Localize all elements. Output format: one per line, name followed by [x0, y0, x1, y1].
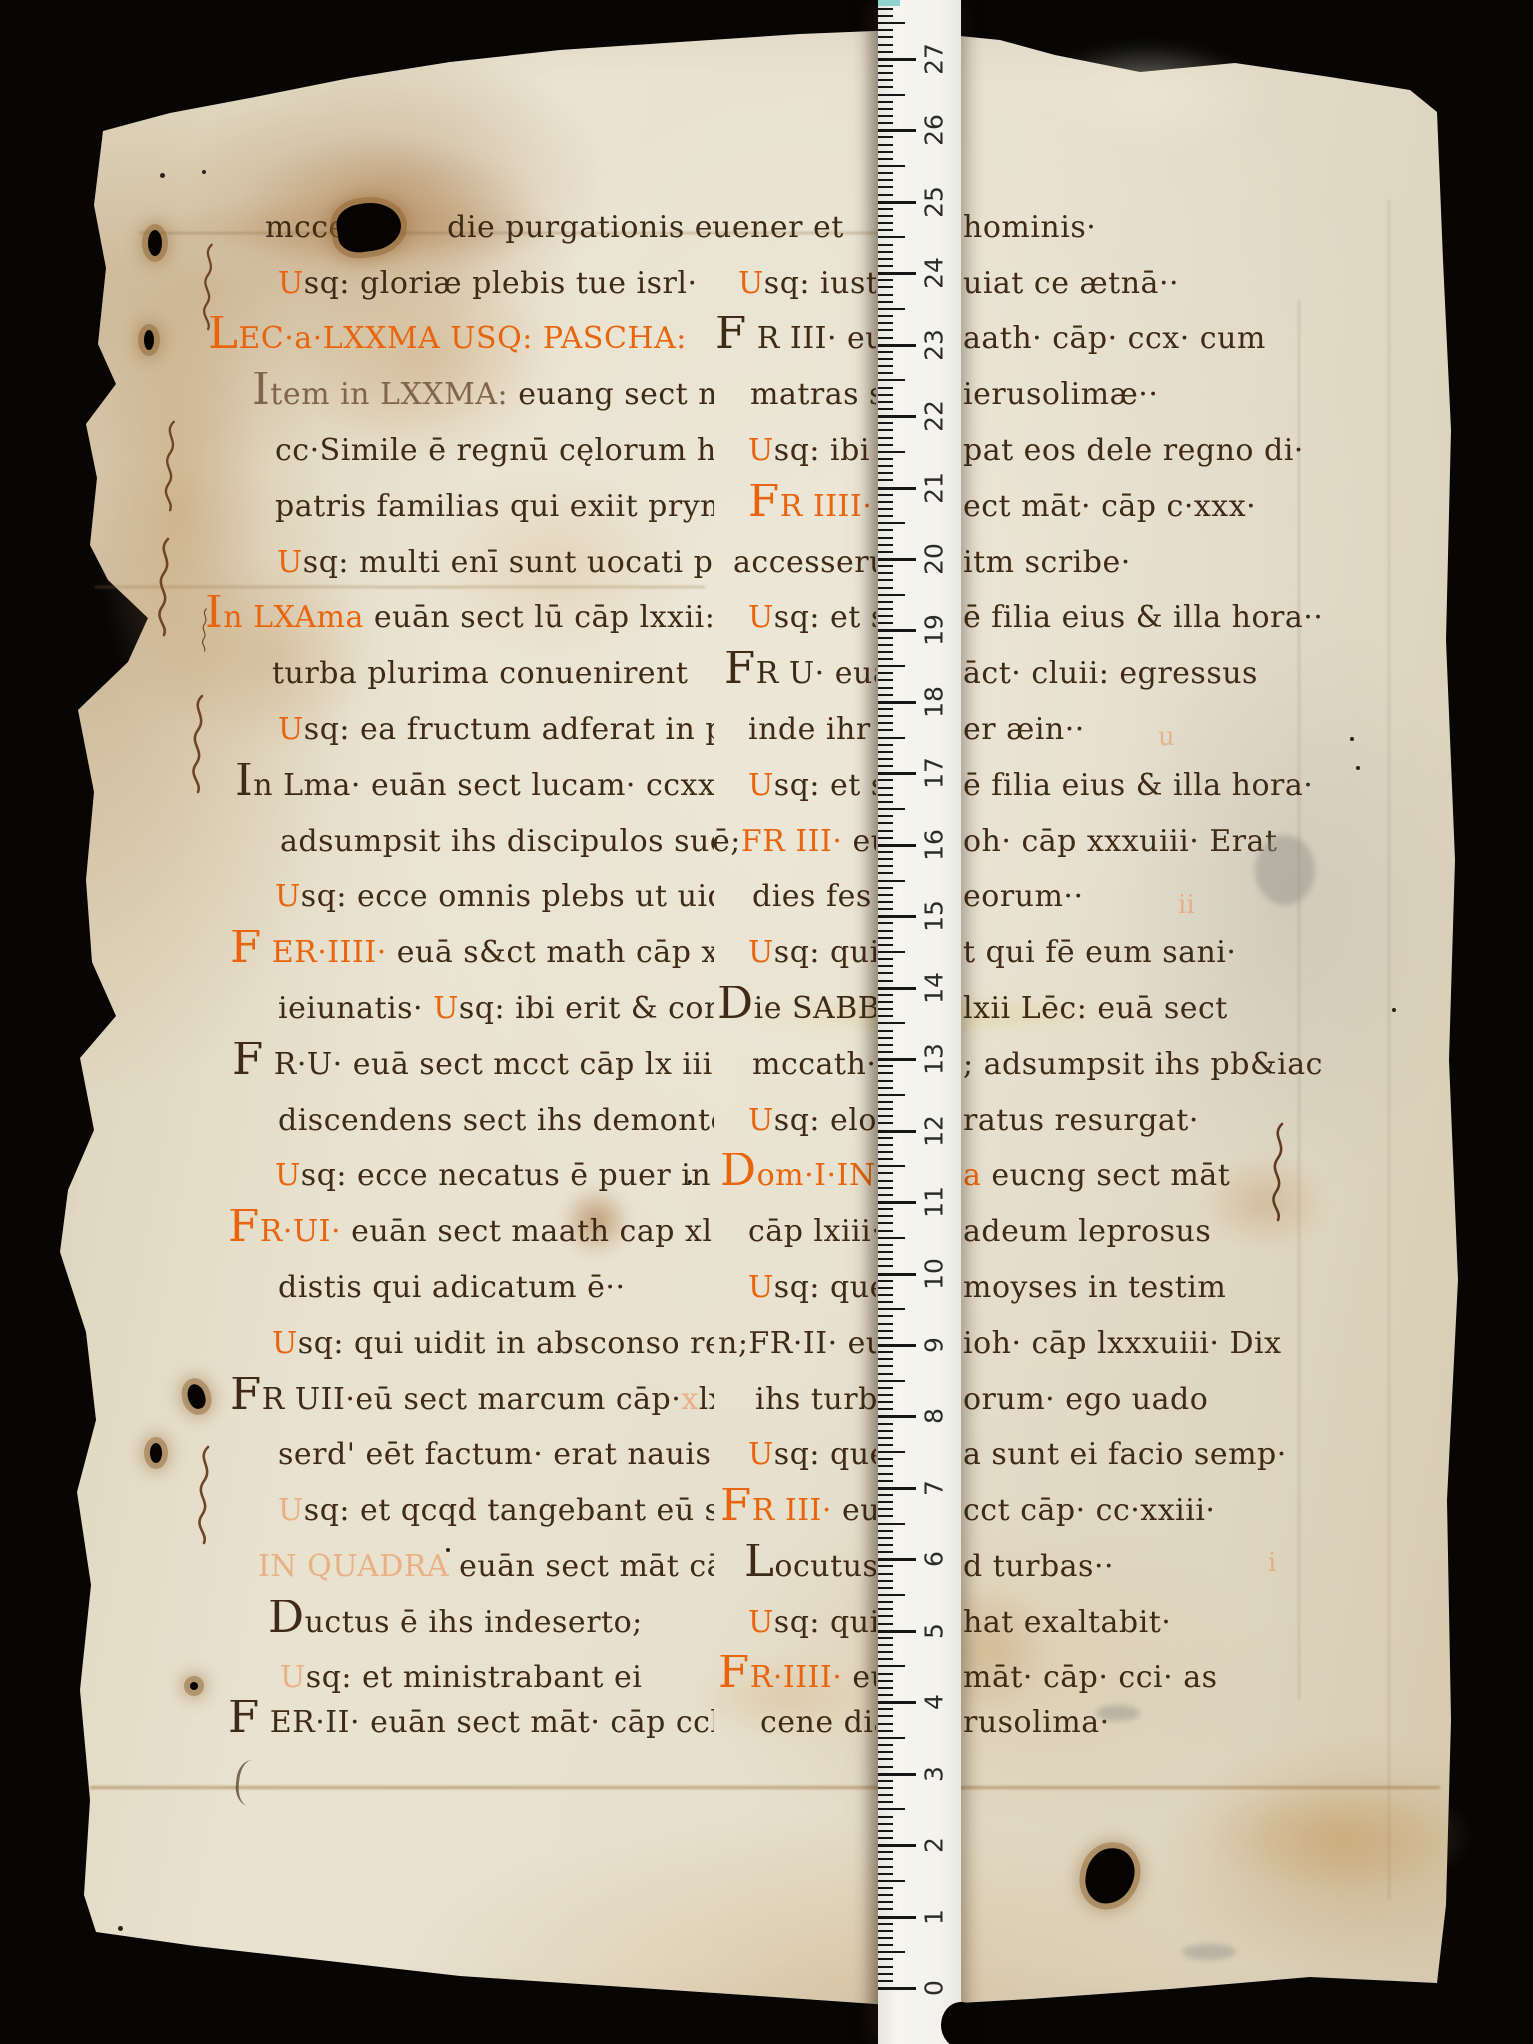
ruler-end-notch: [941, 2002, 981, 2044]
manuscript-line-right-column-after-ruler: oh· cāp xxxuiii· Erat: [963, 819, 1448, 865]
text-segment: sq: et sa: [774, 768, 876, 803]
ruler-tick: [878, 544, 893, 546]
ruler-tick: [878, 715, 893, 717]
ruler-tick: [878, 1008, 893, 1010]
ruler-tick: [878, 408, 893, 410]
manuscript-line-right-column-after-ruler: māt· cāp· cci· as: [963, 1655, 1448, 1701]
ruler-tick: [878, 1558, 916, 1561]
ruler-tick: [878, 329, 893, 331]
ruler-tick: [878, 1480, 893, 1482]
manuscript-line-right-column-before-ruler: inde ihr u: [748, 707, 876, 753]
ruler-tick: [878, 1937, 893, 1939]
margin-flourish: [158, 420, 184, 512]
ruler-tick: [878, 851, 893, 853]
manuscript-line-right-column-before-ruler: Usq: elon: [748, 1098, 876, 1144]
enlarged-initial: I: [252, 372, 270, 415]
ruler-tick: [878, 251, 893, 253]
ruler-tick: [878, 372, 893, 374]
manuscript-line-left-column: Usq: ecce omnis plebs ut uidit deditlā: [275, 874, 714, 920]
text-segment: d turbas··: [963, 1549, 1114, 1584]
ruler-tick: [878, 1808, 905, 1810]
ruler-tick: [878, 22, 905, 24]
text-segment: rusolima·: [963, 1705, 1110, 1740]
ruler-tick: [878, 1208, 893, 1210]
ruler-tick: [878, 79, 893, 81]
ruler-number-cm: 17: [920, 757, 949, 789]
manuscript-line-right-column-after-ruler: ; adsumpsit ihs pb&iac: [963, 1042, 1448, 1088]
ruler-tick: [878, 1573, 893, 1575]
ruler-tick: [878, 58, 916, 61]
ruler-tick: [878, 86, 893, 88]
ruler-tick: [878, 1265, 893, 1267]
ruler-tick: [878, 1115, 893, 1117]
ruler-tick: [878, 1958, 893, 1960]
text-segment: eucng sect māt: [981, 1158, 1230, 1193]
ruler-tick: [878, 1130, 916, 1133]
text-segment: sq: ibi q: [774, 433, 876, 468]
manuscript-line-left-column: turba plurima conuenirent: [272, 651, 714, 697]
ruler-number-cm: 11: [920, 1186, 949, 1218]
ruler-tick: [878, 1501, 893, 1503]
text-segment: discendens sect ihs demonte·: [278, 1103, 714, 1138]
ruler-tick: [878, 1001, 893, 1003]
ruler-tick: [878, 1401, 893, 1403]
manuscript-line-right-column-after-ruler: āct· cluii: egressus: [963, 651, 1448, 697]
ruler-top-accent: [878, 0, 900, 6]
text-segment: ē;: [712, 824, 741, 859]
manuscript-line-left-column: In Lma· euān sect lucam· ccxxii·: [235, 763, 714, 809]
ruler-tick: [878, 258, 893, 260]
ink-speck: [1356, 766, 1360, 770]
text-segment: sq: multi enī sunt uocati pauci;: [303, 545, 714, 580]
ruler-tick: [878, 472, 893, 474]
text-segment: U: [748, 1437, 774, 1472]
ruler-tick: [878, 1680, 893, 1682]
ruler-tick: [878, 479, 893, 481]
ruler-tick: [878, 565, 893, 567]
ruler-tick: [878, 1094, 905, 1096]
ruler-tick: [878, 1901, 893, 1903]
ruler-tick: [878, 451, 905, 453]
text-segment: U: [748, 433, 774, 468]
ruler-number-cm: 12: [920, 1115, 949, 1147]
text-segment: ioh· cāp lxxxuiii· Dix: [963, 1326, 1282, 1361]
manuscript-line-right-column-before-ruler: uener et: [712, 205, 876, 251]
text-segment: sq: ecce necatus ē puer in illa hora: [301, 1158, 714, 1193]
ruler-tick: [878, 1916, 916, 1919]
ruler-tick: [878, 1844, 916, 1847]
ruler-number-cm: 13: [920, 1043, 949, 1075]
manuscript-line-right-column-before-ruler: Usq: qui se: [748, 1600, 876, 1646]
ruler-tick: [878, 165, 905, 167]
ruler-tick: [878, 358, 893, 360]
ruler-tick: [878, 1515, 893, 1517]
ruler-tick: [878, 1708, 893, 1710]
ruler-tick: [878, 587, 893, 589]
ruler-number-cm: 10: [920, 1258, 949, 1290]
enlarged-initial: F: [228, 1209, 260, 1252]
ruler-tick: [878, 1930, 893, 1932]
ruler-tick: [878, 1594, 905, 1596]
ruler-tick: [878, 1537, 893, 1539]
ruler-tick: [878, 337, 893, 339]
manuscript-line-right-column-after-ruler: eorum··: [963, 874, 1448, 920]
ruler-tick: [878, 1894, 893, 1896]
manuscript-line-left-column: mcce die purgationis eius·: [265, 205, 714, 251]
margin-flourish: [1266, 1102, 1292, 1242]
manuscript-line-right-column-after-ruler: ioh· cāp lxxxuiii· Dix: [963, 1321, 1448, 1367]
ruler-tick: [878, 958, 893, 960]
ruler-tick: [878, 1465, 893, 1467]
gray-smudge: [1096, 1705, 1140, 1721]
enlarged-initial: F: [232, 1042, 264, 1085]
ruler-tick: [878, 1715, 893, 1717]
text-segment: Die SABB: [717, 991, 876, 1026]
ruler-tick: [878, 629, 916, 632]
ruler-number-cm: 24: [920, 257, 949, 289]
enlarged-initial: D: [268, 1600, 305, 1643]
stain: [1205, 1778, 1475, 1893]
ruler-tick: [878, 901, 893, 903]
text-segment: U: [748, 1270, 774, 1305]
manuscript-line-left-column: Item in LXXMA: euang sect māt cp: [252, 372, 714, 418]
ruler-tick: [878, 279, 893, 281]
manuscript-line-right-column-after-ruler: t qui fē eum sani·: [963, 930, 1448, 976]
manuscript-line-right-column-before-ruler: n;FR·II· euc: [718, 1321, 876, 1367]
text-segment: F ER·IIII·: [230, 935, 387, 970]
manuscript-line-right-column-after-ruler: uiat ce ætnā··: [963, 261, 1448, 307]
ruler-tick: [878, 186, 893, 188]
ruler-tick: [878, 1766, 893, 1768]
ruler-tick: [878, 315, 893, 317]
ruler-number-cm: 8: [920, 1408, 949, 1424]
ruler-tick: [878, 1423, 893, 1425]
text-segment: ierusolimæ··: [963, 377, 1158, 412]
ruler-tick: [878, 1315, 893, 1317]
ruler-tick: [878, 1494, 893, 1496]
ruler-tick: [878, 708, 893, 710]
enlarged-initial: F: [228, 1700, 260, 1743]
manuscript-line-right-column-before-ruler: Dom·I·IN: [720, 1153, 876, 1199]
ruler-tick: [878, 1851, 893, 1853]
ruler-tick: [878, 880, 905, 882]
ruler-tick: [878, 394, 893, 396]
ruler-tick: [878, 822, 893, 824]
ruler-tick: [878, 1430, 893, 1432]
ruler-tick: [878, 215, 893, 217]
text-segment: euang sect māt cp: [508, 377, 714, 412]
ruler-tick: [878, 1165, 905, 1167]
manuscript-line-left-column: Usq: gloriæ plebis tue isrl·: [278, 261, 714, 307]
ruler-tick: [878, 529, 893, 531]
ruler-tick: [878, 951, 905, 953]
ruler-tick: [878, 1487, 916, 1490]
manuscript-line-left-column: adsumpsit ihs discipulos suos &ait: [280, 819, 714, 865]
ruler-tick: [878, 1215, 893, 1217]
manuscript-line-right-column-after-ruler: orum· ego uado: [963, 1377, 1448, 1423]
text-segment: distis qui adicatum ē··: [278, 1270, 626, 1305]
margin-flourish: [192, 1425, 218, 1565]
ruler: 0123456789101112131415161718192021222324…: [878, 0, 961, 2044]
text-segment: cct cāp· cc·xxiii·: [963, 1493, 1215, 1528]
ruler-number-cm: 1: [920, 1909, 949, 1925]
text-segment: sq: elon: [774, 1103, 876, 1138]
text-segment: t qui fē eum sani·: [963, 935, 1236, 970]
manuscript-line-left-column: F ER·IIII· euā s&ct math cāp xlv· Cum: [230, 930, 714, 976]
ruler-tick: [878, 1523, 905, 1525]
manuscript-line-right-column-after-ruler: ē filia eius & illa hora·: [963, 763, 1448, 809]
enlarged-initial: F: [715, 316, 747, 359]
manuscript-line-right-column-before-ruler: Usq: et s: [748, 595, 876, 641]
text-segment: sq: et s: [774, 600, 876, 635]
ruler-tick: [878, 858, 893, 860]
ruler-tick: [878, 1623, 893, 1625]
manuscript-line-left-column: patris familias qui exiit prym mān: [275, 484, 714, 530]
ruler-tick: [878, 1251, 893, 1253]
manuscript-line-right-column-after-ruler: aath· cāp· ccx· cum: [963, 316, 1448, 362]
manuscript-line-right-column-before-ruler: Usq: ibi q: [748, 428, 876, 474]
ruler-number-cm: 15: [920, 900, 949, 932]
manuscript-line-right-column-after-ruler: moyses in testim: [963, 1265, 1448, 1311]
manuscript-line-left-column: Ductus ē ihs indeserto;: [268, 1600, 714, 1646]
ruler-tick: [878, 494, 893, 496]
ruler-tick: [878, 815, 893, 817]
ruler-tick: [878, 1280, 893, 1282]
manuscript-line-right-column-before-ruler: ē;FR III· eu: [712, 819, 876, 865]
ruler-tick: [878, 1923, 893, 1925]
text-segment: sq: iust: [764, 266, 876, 301]
manuscript-line-right-column-before-ruler: mccath·ca: [752, 1042, 876, 1088]
ruler-tick: [878, 1358, 893, 1360]
ruler-tick: [878, 729, 893, 731]
text-segment: euān sect maath cap xl· Au: [341, 1214, 714, 1249]
ruler-tick: [878, 779, 893, 781]
ruler-tick: [878, 944, 893, 946]
ruler-tick: [878, 865, 893, 867]
ruler-tick: [878, 351, 893, 353]
text-segment: ihs turbi: [755, 1382, 876, 1417]
ruler-tick: [878, 1051, 893, 1053]
ruler-tick: [878, 1780, 893, 1782]
enlarged-initial: I: [235, 763, 253, 806]
ruler-tick: [878, 401, 893, 403]
text-segment: matras se: [750, 377, 876, 412]
ruler-tick: [878, 1137, 893, 1139]
ruler-tick: [878, 1644, 893, 1646]
enlarged-initial: F: [720, 1488, 752, 1531]
manuscript-line-left-column: F ER·II· euān sect māt· cāp cclxxiii: Cu…: [228, 1700, 714, 1746]
text-segment: ratus resurgat·: [963, 1103, 1199, 1138]
text-segment: hominis·: [963, 210, 1096, 245]
text-segment: uener et: [712, 210, 844, 245]
manuscript-line-right-column-after-ruler: ē filia eius & illa hora··: [963, 595, 1448, 641]
margin-flourish: [196, 243, 222, 331]
manuscript-photo: mcce die purgationis eius·uener ethomini…: [0, 0, 1533, 2044]
ruler-tick: [878, 1065, 893, 1067]
ruler-tick: [878, 594, 905, 596]
ruler-number-cm: 2: [920, 1837, 949, 1853]
manuscript-line-right-column-before-ruler: dies fes: [752, 874, 876, 920]
ruler-tick: [878, 1737, 905, 1739]
ruler-tick: [878, 1344, 916, 1347]
text-segment: U: [278, 1493, 304, 1528]
ruler-tick: [878, 465, 893, 467]
ink-speck: [1350, 737, 1354, 741]
manuscript-line-left-column: Usq: multi enī sunt uocati pauci;: [277, 540, 714, 586]
ruler-tick: [878, 1258, 893, 1260]
ruler-tick: [878, 1273, 916, 1276]
text-segment: cc·Simile ē regnū cęlorum homini: [275, 433, 714, 468]
ruler-tick: [878, 537, 893, 539]
ruler-number-cm: 23: [920, 329, 949, 361]
text-segment: U: [748, 1605, 774, 1640]
text-segment: ē filia eius & illa hora·: [963, 768, 1313, 803]
ruler-tick: [878, 1237, 905, 1239]
text-segment: U: [748, 1103, 774, 1138]
ruler-tick: [878, 1194, 893, 1196]
ruler-tick: [878, 522, 905, 524]
text-segment: sq: et ministrabant ei: [306, 1660, 643, 1695]
ruler-tick: [878, 772, 916, 775]
ruler-tick: [878, 144, 893, 146]
ruler-tick: [878, 1244, 893, 1246]
ruler-tick: [878, 1015, 893, 1017]
text-segment: Item in LXXMA:: [252, 377, 508, 412]
faint-margin-gloss: i: [1268, 1548, 1276, 1578]
manuscript-line-right-column-after-ruler: itm scribe·: [963, 540, 1448, 586]
ruler-tick: [878, 1158, 893, 1160]
ruler-tick: [878, 922, 893, 924]
ruler-tick: [878, 1151, 893, 1153]
text-segment: māt· cāp· cci· as: [963, 1660, 1217, 1695]
text-segment: F R·U·: [232, 1047, 343, 1082]
ruler-tick: [878, 687, 893, 689]
text-segment: n;FR·II· euc: [718, 1326, 876, 1361]
manuscript-line-right-column-before-ruler: matras se: [750, 372, 876, 418]
enlarged-initial: D: [720, 1153, 757, 1196]
text-segment: er æin··: [963, 712, 1085, 747]
text-segment: euān sect lucam· ccxxii·: [361, 768, 714, 803]
ruler-tick: [878, 908, 893, 910]
ruler-tick: [878, 694, 893, 696]
ruler-tick: [878, 830, 893, 832]
text-segment: hat exaltabit·: [963, 1605, 1171, 1640]
text-segment: oh· cāp xxxuiii· Erat: [963, 824, 1278, 859]
text-segment: eu: [842, 1660, 876, 1695]
ruler-tick: [878, 737, 905, 739]
ruler-tick: [878, 1637, 893, 1639]
manuscript-line-right-column-before-ruler: Usq: iust: [738, 261, 876, 307]
manuscript-line-right-column-after-ruler: cct cāp· cc·xxiii·: [963, 1488, 1448, 1534]
manuscript-line-left-column: Usq: ea fructum adferat in patientiā: [278, 707, 714, 753]
text-segment: āct· cluii: egressus: [963, 656, 1258, 691]
faint-margin-gloss: u: [1158, 722, 1175, 752]
ruler-tick: [878, 987, 916, 990]
text-segment: ect māt· cāp c·xxx·: [963, 489, 1256, 524]
manuscript-line-right-column-before-ruler: FR III· euā: [720, 1488, 876, 1534]
text-segment: eu: [842, 824, 876, 859]
ruler-number-cm: 22: [920, 400, 949, 432]
ruler-tick: [878, 515, 893, 517]
parchment-hole: [148, 230, 162, 256]
ruler-number-cm: 27: [920, 43, 949, 75]
text-segment: U: [738, 266, 764, 301]
ruler-tick: [878, 1351, 893, 1353]
text-segment: sq: ea fructum adferat in patientiā: [304, 712, 714, 747]
manuscript-line-left-column: LEC·a·LXXMA USQ: PASCHA:: [208, 316, 714, 362]
text-segment: sq: ibi erit & cor tuū·: [459, 991, 714, 1026]
ink-speck: [202, 170, 206, 174]
ruler-tick: [878, 1773, 916, 1776]
ruler-tick: [878, 1222, 893, 1224]
text-segment: In LXAma: [205, 600, 364, 635]
text-segment: U: [748, 600, 774, 635]
ruler-tick: [878, 658, 893, 660]
ruler-tick: [878, 965, 893, 967]
ruler-tick: [878, 1973, 893, 1975]
ruler-tick: [878, 722, 893, 724]
ruler-tick: [878, 808, 905, 810]
enlarged-initial: F: [718, 1655, 750, 1698]
text-segment: sq: et qcqd tangebant eū salui fieb: [304, 1493, 714, 1528]
manuscript-line-right-column-after-ruler: a eucng sect māt: [963, 1153, 1448, 1199]
enlarged-initial: F: [230, 930, 262, 973]
text-segment: Locutus ē: [744, 1549, 876, 1584]
ruler-tick: [878, 51, 893, 53]
manuscript-line-left-column: In LXAma euān sect lū cāp lxxii: cū: [205, 595, 714, 641]
ruler-tick: [878, 1451, 905, 1453]
ruler-tick: [878, 1101, 893, 1103]
manuscript-line-right-column-after-ruler: adeum leprosus: [963, 1209, 1448, 1255]
manuscript-line-left-column: Usq: ecce necatus ē puer in illa hora: [275, 1153, 714, 1199]
text-segment: FR·IIII·: [718, 1660, 842, 1695]
ruler-tick: [878, 65, 893, 67]
ruler-tick: [878, 1037, 893, 1039]
text-segment: turba plurima conuenirent: [272, 656, 688, 691]
ruler-tick: [878, 1415, 916, 1418]
ruler-number-cm: 21: [920, 472, 949, 504]
ruler-tick: [878, 29, 893, 31]
manuscript-line-right-column-before-ruler: FR IIII· e: [748, 484, 876, 530]
ruler-tick: [878, 108, 893, 110]
ruler-tick: [878, 751, 893, 753]
ruler-tick: [878, 572, 893, 574]
ruler-tick: [878, 1201, 916, 1204]
text-segment: dies fes: [752, 879, 872, 914]
ruler-tick: [878, 1565, 893, 1567]
ruler-tick: [878, 1794, 893, 1796]
ruler-tick: [878, 101, 893, 103]
ruler-tick: [878, 1987, 916, 1990]
ruler-tick: [878, 758, 893, 760]
ruler-tick: [878, 651, 893, 653]
parchment-hole: [190, 1682, 198, 1690]
text-segment: ihs indeserto;: [418, 1605, 642, 1640]
ruler-tick: [878, 1980, 893, 1982]
ruler-tick: [878, 44, 893, 46]
ruler-tick: [878, 308, 905, 310]
text-segment: mccath·ca: [752, 1047, 876, 1082]
ruler-tick: [878, 608, 893, 610]
ruler-tick: [878, 980, 893, 982]
text-segment: eorum··: [963, 879, 1084, 914]
ruler-tick: [878, 1058, 916, 1061]
ruler-tick: [878, 322, 893, 324]
ruler-tick: [878, 1673, 893, 1675]
ruler-tick: [878, 437, 893, 439]
ruler-tick: [878, 665, 905, 667]
ruler-tick: [878, 1544, 893, 1546]
